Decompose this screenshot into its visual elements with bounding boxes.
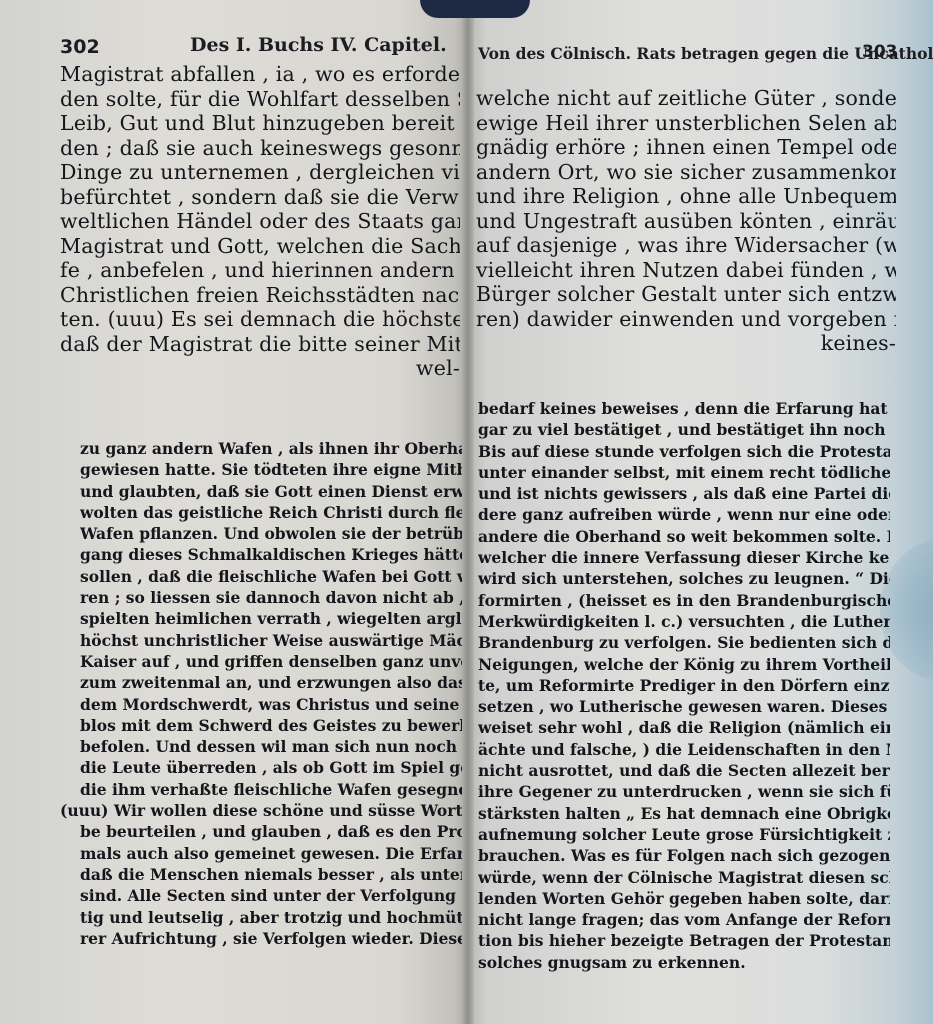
text-line: fe , anbefelen , und hierinnen andern be…: [60, 258, 460, 283]
text-line: formirten , (heisset es in den Brandenbu…: [478, 590, 890, 611]
text-line: Leib, Gut und Blut hinzugeben bereit sey…: [60, 111, 460, 136]
text-line: unter einander selbst, mit einem recht t…: [478, 462, 890, 483]
text-line: tig und leutselig , aber trotzig und hoc…: [80, 907, 462, 928]
text-line: und Ungestraft ausüben könten , einräume…: [476, 209, 896, 234]
text-line: die Leute überreden , als ob Gott im Spi…: [80, 757, 462, 778]
text-line: rer Aufrichtung , sie Verfolgen wieder. …: [80, 928, 462, 949]
left-running-head: Des I. Buchs IV. Capitel.: [190, 34, 447, 56]
text-line: te, um Reformirte Prediger in den Dörfer…: [478, 675, 890, 696]
text-line: stärksten halten „ Es hat demnach eine O…: [478, 803, 890, 824]
text-line: auf dasjenige , was ihre Widersacher (we…: [476, 233, 896, 258]
text-line: würde, wenn der Cölnische Magistrat dies…: [478, 867, 890, 888]
text-line: Magistrat abfallen , ia , wo es erforder…: [60, 62, 460, 87]
text-line: mals auch also gemeinet gewesen. Die Erf…: [80, 843, 462, 864]
text-line: Kaiser auf , und griffen denselben ganz …: [80, 651, 462, 672]
text-line: befolen. Und dessen wil man sich nun noc…: [80, 736, 462, 757]
text-line: be beurteilen , und glauben , daß es den…: [80, 821, 462, 842]
text-line: Bürger solcher Gestalt unter sich entzwe…: [476, 282, 896, 307]
right-footnote-text: bedarf keines beweises , denn die Erfaru…: [478, 398, 890, 973]
text-line: daß der Magistrat die bitte seiner Mitbü…: [60, 332, 460, 357]
text-line: Merkwürdigkeiten l. c.) versuchten , die…: [478, 611, 890, 632]
catchword: wel-: [60, 356, 460, 381]
text-line: Dinge zu unternemen , dergleichen viele …: [60, 160, 460, 185]
text-line: blos mit dem Schwerd des Geistes zu bewe…: [80, 715, 462, 736]
book-gutter: [462, 0, 474, 1024]
book-photo: 302 Des I. Buchs IV. Capitel. Magistrat …: [0, 0, 933, 1024]
right-page-number: 303: [862, 42, 898, 62]
text-line: dere ganz aufreiben würde , wenn nur ein…: [478, 504, 890, 525]
text-line: solches gnugsam zu erkennen.: [478, 952, 890, 973]
text-line: befürchtet , sondern daß sie die Verwalt…: [60, 185, 460, 210]
text-line: wolten das geistliche Reich Christi durc…: [80, 502, 462, 523]
text-line: ächte und falsche, ) die Leidenschaften …: [478, 739, 890, 760]
text-line: zu ganz andern Wafen , als ihnen ihr Obe…: [80, 438, 462, 459]
text-line: aufnemung solcher Leute grose Fürsichtig…: [478, 824, 890, 845]
text-line: gang dieses Schmalkaldischen Krieges hät…: [80, 544, 462, 565]
text-line: dem Mordschwerdt, was Christus und seine…: [80, 694, 462, 715]
text-line: tion bis hieher bezeigte Betragen der Pr…: [478, 930, 890, 951]
text-line: ren) dawider einwenden und vorgeben möch…: [476, 307, 896, 332]
text-line: nicht lange fragen; das vom Anfange der …: [478, 909, 890, 930]
text-line: ihre Gegener zu unterdrucken , wenn sie …: [478, 781, 890, 802]
text-line: und glaubten, daß sie Gott einen Dienst …: [80, 481, 462, 502]
text-line: welche nicht auf zeitliche Güter , sonde…: [476, 86, 896, 111]
right-main-text: welche nicht auf zeitliche Güter , sonde…: [476, 86, 896, 356]
text-line: ten. (uuu) Es sei demnach die höchste Bi…: [60, 307, 460, 332]
text-line: spielten heimlichen verrath , wiegelten …: [80, 608, 462, 629]
text-line: weltlichen Händel oder des Staats ganz a…: [60, 209, 460, 234]
catchword: keines-: [476, 331, 896, 356]
text-line: höchst unchristlicher Weise auswärtige M…: [80, 630, 462, 651]
text-line: Brandenburg zu verfolgen. Sie bedienten …: [478, 632, 890, 653]
text-line: (uuu) Wir wollen diese schöne und süsse …: [60, 800, 462, 821]
text-line: ewige Heil ihrer unsterblichen Selen abz…: [476, 111, 896, 136]
text-line: gar zu viel bestätiget , und bestätiget …: [478, 419, 890, 440]
left-footnote-text: zu ganz andern Wafen , als ihnen ihr Obe…: [80, 438, 462, 949]
text-line: gnädig erhöre ; ihnen einen Tempel oder …: [476, 135, 896, 160]
text-line: den ; daß sie auch keineswegs gesonnen, …: [60, 136, 460, 161]
text-line: nicht ausrottet, und daß die Secten alle…: [478, 760, 890, 781]
text-line: Bis auf diese stunde verfolgen sich die …: [478, 441, 890, 462]
text-line: und ihre Religion , ohne alle Unbequemli…: [476, 184, 896, 209]
text-line: bedarf keines beweises , denn die Erfaru…: [478, 398, 890, 419]
background-backdrop: [420, 0, 530, 18]
text-line: Magistrat und Gott, welchen die Sache be…: [60, 234, 460, 259]
text-line: daß die Menschen niemals besser , als un…: [80, 864, 462, 885]
text-line: vielleicht ihren Nutzen dabei fünden , w…: [476, 258, 896, 283]
text-line: welcher die innere Verfassung dieser Kir…: [478, 547, 890, 568]
text-line: sind. Alle Secten sind unter der Verfolg…: [80, 885, 462, 906]
text-line: weiset sehr wohl , daß die Religion (näm…: [478, 717, 890, 738]
text-line: den solte, für die Wohlfart desselben Se…: [60, 87, 460, 112]
text-line: ren ; so liessen sie dannoch davon nicht…: [80, 587, 462, 608]
left-main-text: Magistrat abfallen , ia , wo es erforder…: [60, 62, 460, 381]
text-line: andern Ort, wo sie sicher zusammenkommen…: [476, 160, 896, 185]
text-line: wird sich unterstehen, solches zu leugne…: [478, 568, 890, 589]
text-line: und ist nichts gewissers , als daß eine …: [478, 483, 890, 504]
text-line: Wafen pflanzen. Und obwolen sie der betr…: [80, 523, 462, 544]
text-line: andere die Oberhand so weit bekommen sol…: [478, 526, 890, 547]
text-line: sollen , daß die fleischliche Wafen bei …: [80, 566, 462, 587]
text-line: die ihm verhaßte fleischliche Wafen gese…: [80, 779, 462, 800]
left-page-number: 302: [60, 36, 100, 58]
text-line: zum zweitenmal an, und erzwungen also da…: [80, 672, 462, 693]
text-line: Christlichen freien Reichsstädten nachfo…: [60, 283, 460, 308]
text-line: brauchen. Was es für Folgen nach sich ge…: [478, 845, 890, 866]
text-line: setzen , wo Lutherische gewesen waren. D…: [478, 696, 890, 717]
text-line: lenden Worten Gehör gegeben haben solte,…: [478, 888, 890, 909]
text-line: Neigungen, welche der König zu ihrem Vor…: [478, 654, 890, 675]
text-line: gewiesen hatte. Sie tödteten ihre eigne …: [80, 459, 462, 480]
